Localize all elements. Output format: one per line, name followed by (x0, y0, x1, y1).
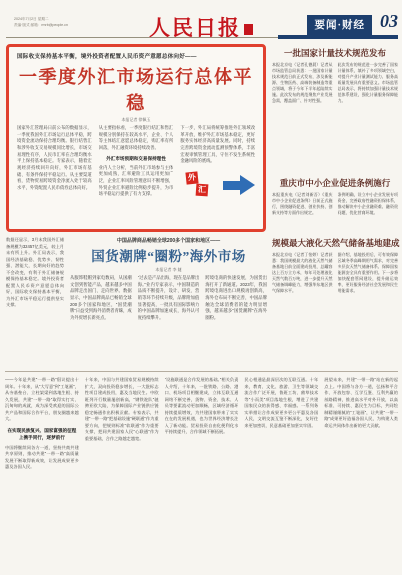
arrow-right-icon (240, 175, 255, 195)
lead-byline: 本报记者 徐佩玉 (17, 117, 255, 123)
right-1-col-1: 本报北京电（记者孔德晨）记者从市场监管总局获悉：一批国家计量技术规范日前正式发布… (272, 62, 333, 174)
lead-kicker: 国际收支保持基本平衡，境外投资者配置人民币资产意愿总体向好—— (17, 52, 255, 60)
second-byline: 本报记者 李 婕 (70, 267, 267, 273)
right-2-col-1: 本报重庆电（记者刘新吾）《重庆市中小企业促进条例》日前正式施行，围绕融资促进、创… (272, 192, 333, 234)
right-column: 一批国家计量技术规范发布 本报北京电（记者孔德晨）记者从市场监管总局获悉：一批国… (272, 44, 398, 368)
right-article-2-body: 本报重庆电（记者刘新吾）《重庆市中小企业促进条例》日前正式施行，围绕融资促进、创… (272, 192, 398, 234)
bottom-col-4: 民心相通是最深层次的互联互通。十年来，教育、文化、旅游、卫生等领域交流合作广泛开… (244, 377, 318, 575)
bottom-col-1: ——今年是共建“一带一路”倡议提出十周年。十年来，从“大写意”到“工笔画”，从夯… (5, 377, 79, 575)
bottom-col-2: 十年来，中国与共建国家贸易规模持续扩大，双向投资稳步增长，一大批标志性项目建成投… (85, 377, 159, 575)
bottom-col-1-subhead: 在实现民族复兴、国家富强的征程上携手同行，逐梦前行 (7, 427, 77, 441)
lead-col-3: 下一步，外汇局将统筹推进外汇领域改革开放，维护外汇市场基本稳定，更好服务实体经济… (180, 125, 255, 245)
right-3-col-2: 据介绍，基地投用后，可有效保障区域冬季高峰期用气需求，对完善多层次天然气储备体系… (338, 252, 399, 356)
right-headline-1: 一批国家计量技术规范发布 (272, 47, 398, 59)
graphic-tile-1: 外 (186, 171, 199, 184)
lead-col-2-text-a: 从主要指标看，一季度银行结汇和售汇规模分别保持在较高水平，企业、个人等主体结汇意… (99, 125, 174, 150)
lead-article-box: 国际收支保持基本平衡，境外投资者配置人民币资产意愿总体向好—— 一季度外汇市场运… (6, 44, 266, 232)
left-brief-column: 数据还显示，3月末我国外汇储备规模为32457亿美元，较上月末有所上升。外汇局表… (6, 237, 64, 367)
graphic-tile-2: 汇 (196, 184, 209, 197)
section-label: 要闻·财经 (314, 20, 365, 31)
lead-headline: 一季度外汇市场运行总体平稳 (17, 63, 255, 115)
right-headline-2: 重庆市中小企业促进条例施行 (272, 177, 398, 189)
bottom-col-3: “设施联通是合作发展的基础。”相关负责人介绍，十年来，一批铁路、公路、港口、机场… (165, 377, 239, 575)
right-1-col-2: 此次发布的规范进一步完善了国家计量体系，填补了多项领域空白，对提升产业计量测试能… (338, 62, 399, 174)
forex-arrow-graphic: 外 汇 (180, 169, 255, 205)
right-headline-3: 规模最大液化天然气储备基地建成 (272, 237, 398, 249)
page-number: 03 (380, 11, 398, 32)
right-article-1: 一批国家计量技术规范发布 本报北京电（记者孔德晨）记者从市场监管总局获悉：一批国… (272, 47, 398, 174)
arrow-bar-icon (223, 181, 241, 190)
right-2-col-2: 条例明确，设立中小企业发展专项资金，完善政府性融资担保体系，推动解决中小企业融资… (338, 192, 399, 234)
second-kicker: 中国品牌商品畅销全球200多个国家和地区—— (70, 237, 267, 244)
right-article-3: 规模最大液化天然气储备基地建成 本报北京电（记者丁怡婷）记者获悉：我国规模最大的… (272, 237, 398, 356)
right-3-col-1: 本报北京电（记者丁怡婷）记者获悉：我国规模最大的液化天然气储备基地日前全面建成投… (272, 252, 333, 356)
bottom-col-1-text-a: ——今年是共建“一带一路”倡议提出十周年。十年来，从“大写意”到“工笔画”，从夯… (5, 377, 79, 421)
lead-col-2: 从主要指标看，一季度银行结汇和售汇规模分别保持在较高水平，企业、个人等主体结汇意… (99, 125, 174, 245)
lead-col-3-text: 下一步，外汇局将统筹推进外汇领域改革开放，维护外汇市场基本稳定，更好服务实体经济… (180, 125, 255, 163)
lead-body-columns: 国家外汇管理局日前公布的数据显示，一季度我国外汇市场运行总体平稳，跨境资金流动保… (17, 125, 255, 245)
right-article-3-body: 本报北京电（记者丁怡婷）记者获悉：我国规模最大的液化天然气储备基地日前全面建成投… (272, 252, 398, 356)
second-col-2: “过去是产品出海，现在是品牌出海。”业内专家表示，中国制造的品质不断提升，设计、… (138, 275, 200, 361)
second-article: 中国品牌商品畅销全球200多个国家和地区—— 国货潮牌“圈粉”海外市场 本报记者… (70, 237, 267, 367)
second-col-3: 跨境电商的快速发展，为国货出海打开了新通道。2023年，我国跨境电商进出口规模再… (205, 275, 267, 361)
bottom-feature-section: ——今年是共建“一带一路”倡议提出十周年。十年来，从“大写意”到“工笔画”，从夯… (5, 371, 398, 575)
second-col-1: 从服饰鞋帽到家电数码，从国潮文创到智能产品，越来越多中国品牌走出国门、走向世界。… (70, 275, 132, 361)
masthead-seal-icon (244, 24, 253, 35)
bottom-col-1-text-b: 中国将继续同各方一道，坚持共商共建共享原则，推动共建“一带一路”高质量发展不断取… (5, 445, 79, 470)
right-article-2: 重庆市中小企业促进条例施行 本报重庆电（记者刘新吾）《重庆市中小企业促进条例》日… (272, 177, 398, 234)
section-label-badge: 要闻·财经 (307, 15, 372, 35)
lead-subhead: 外汇市场预期和交易保持理性 (100, 155, 173, 162)
lead-col-1: 国家外汇管理局日前公布的数据显示，一季度我国外汇市场运行总体平稳，跨境资金流动保… (17, 125, 92, 245)
lead-col-2-text-b: 业内人士分析，当前外汇市场参与主体更加成熟，汇率避险工具运用更加广泛，企业汇率风… (99, 165, 174, 197)
second-headline: 国货潮牌“圈粉”海外市场 (70, 245, 267, 265)
second-body-columns: 从服饰鞋帽到家电数码，从国潮文创到智能产品，越来越多中国品牌走出国门、走向世界。… (70, 275, 267, 361)
bottom-col-5: 展望未来，共建“一带一路”站在新的起点上。中国将与各方一道，弘扬和平合作、开放包… (324, 377, 398, 575)
header-rule-accent (278, 35, 398, 39)
right-article-1-body: 本报北京电（记者孔德晨）记者从市场监管总局获悉：一批国家计量技术规范日前正式发布… (272, 62, 398, 174)
